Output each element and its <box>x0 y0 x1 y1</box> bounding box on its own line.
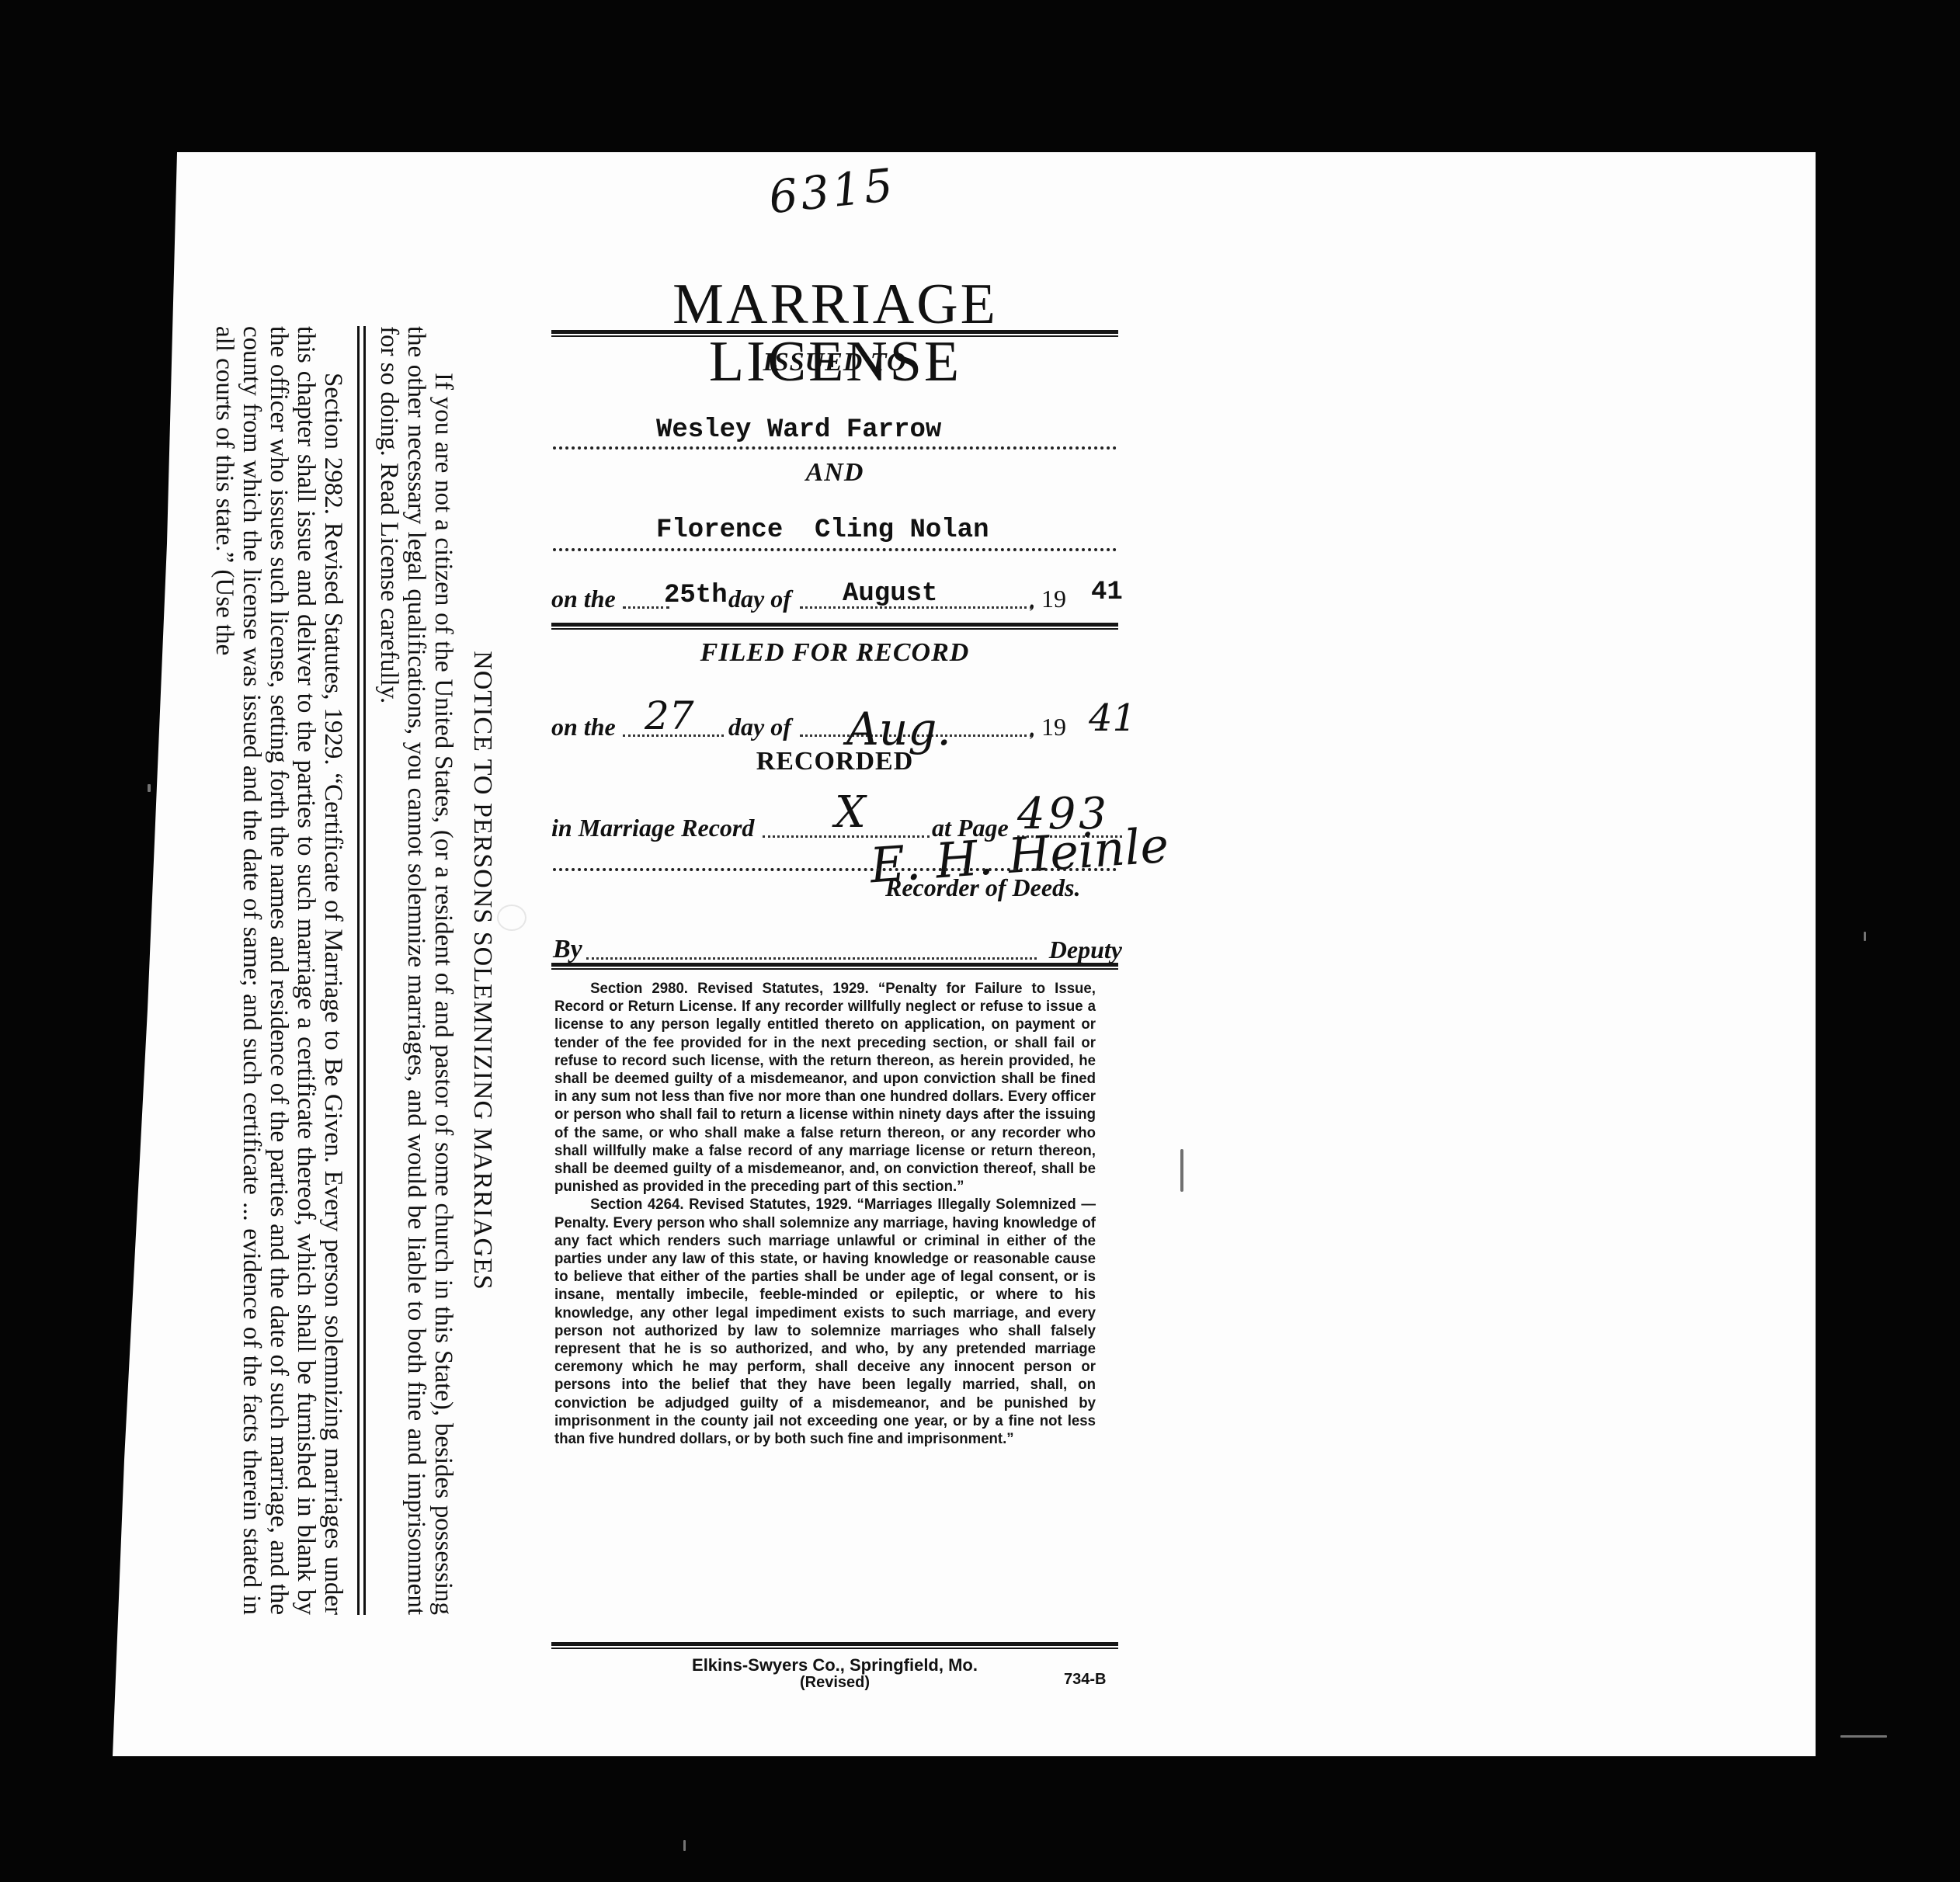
dots <box>623 606 669 609</box>
paper-fold-mark <box>1180 1149 1183 1192</box>
section-4264-paragraph: Section 4264. Revised Statutes, 1929. “M… <box>554 1196 1096 1448</box>
filed-year-prefix: , 19 <box>1029 713 1066 741</box>
issue-date-line: on the 25th day of August , 19 41 <box>551 578 1122 613</box>
and-label: AND <box>551 458 1118 488</box>
party2-name: Florence Cling Nolan <box>656 516 989 545</box>
notice-heading: NOTICE TO PERSONS SOLEMNIZING MARRIAGES <box>467 326 497 1615</box>
section-2980-paragraph: Section 2980. Revised Statutes, 1929. “P… <box>554 980 1096 1196</box>
signature-dotted-line <box>553 868 1117 871</box>
recorder-of-deeds-label: Recorder of Deeds. <box>885 873 1080 902</box>
party1-dotted-line <box>553 446 1117 450</box>
perforated-top-edge <box>177 143 1816 155</box>
issue-year: 41 <box>1091 578 1123 607</box>
deputy-label: Deputy <box>1049 936 1122 964</box>
party2-dotted-line <box>553 548 1117 551</box>
notice-paragraph: If you are not a citizen of the United S… <box>375 326 457 1615</box>
issued-to-label: ISSUED TO <box>551 348 1118 377</box>
party1-name: Wesley Ward Farrow <box>656 415 941 445</box>
scan-speck <box>683 1840 686 1851</box>
deputy-double-rule <box>551 963 1118 970</box>
bottom-double-rule <box>551 1642 1118 1649</box>
scan-speck <box>148 784 151 792</box>
filed-date-line: on the 27 day of Aug. , 19 41 <box>551 703 1122 741</box>
title-double-rule <box>551 330 1118 337</box>
section-2982-paragraph: Section 2982. Revised Statutes, 1929. “C… <box>210 326 346 1615</box>
deputy-line: By Deputy <box>551 932 1122 964</box>
faint-stamp-mark <box>497 905 526 931</box>
issue-date-prefix: on the <box>551 585 616 613</box>
publisher-revised-note: (Revised) <box>551 1674 1118 1692</box>
filed-day-label: day of <box>728 713 791 741</box>
filed-year-handwritten: 41 <box>1089 696 1136 740</box>
notice-double-rule <box>357 326 366 1615</box>
marriage-record-prefix: in Marriage Record <box>551 814 754 842</box>
dots <box>586 957 1037 960</box>
notice-panel-rotated: NOTICE TO PERSONS SOLEMNIZING MARRIAGES … <box>210 326 497 1615</box>
recorded-label: RECORDED <box>551 747 1118 776</box>
filed-day-handwritten: 27 <box>645 693 694 738</box>
issue-day: 25th <box>664 581 728 610</box>
filed-for-record-label: FILED FOR RECORD <box>551 638 1118 668</box>
issue-day-label: day of <box>728 585 791 613</box>
scan-speck <box>1840 1735 1887 1738</box>
scan-speck <box>1864 932 1866 941</box>
publisher-name: Elkins-Swyers Co., Springfield, Mo. <box>551 1655 1118 1675</box>
issue-year-prefix: , 19 <box>1029 585 1066 613</box>
by-label: By <box>553 935 582 964</box>
issue-month: August <box>843 579 937 609</box>
filed-date-prefix: on the <box>551 713 616 741</box>
issue-double-rule <box>551 623 1118 630</box>
record-book-handwritten: X <box>835 787 866 838</box>
form-number: 734-B <box>1064 1671 1106 1689</box>
legal-statutes-text: Section 2980. Revised Statutes, 1929. “P… <box>554 980 1096 1448</box>
